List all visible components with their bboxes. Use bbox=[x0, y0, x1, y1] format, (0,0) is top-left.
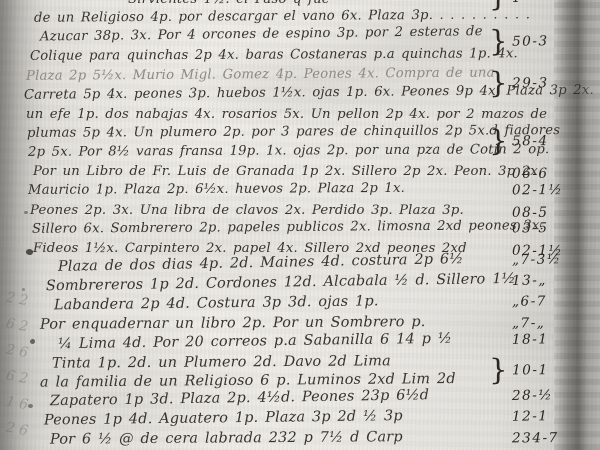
ledger-entry-text: Por 6 ½ @ de cera labrada 232 p 7½ d Car… bbox=[50, 429, 403, 447]
ledger-amount: 234-7 bbox=[512, 430, 559, 446]
ledger-entry-text: Plaza 2p 5½x. Murio Migl. Gomez 4p. Peon… bbox=[26, 65, 495, 83]
ledger-entry-text: Peones 1p 4d. Aguatero 1p. Plaza 3p 2d ½… bbox=[44, 408, 403, 428]
ledger-entry-text: de un Religioso 4p. por descargar el van… bbox=[34, 7, 530, 25]
ledger-entry-text: Sirvientes 1½. el Paso q fue bbox=[128, 0, 330, 7]
ledger-entry-text: un efe 1p. dos nabajas 4x. rosarios 5x. … bbox=[26, 107, 547, 122]
ledger-line: 2p 5x. Por 8½ varas fransa 19p. 1x. ojas… bbox=[0, 142, 600, 164]
ledger-entry-text: Labandera 2p 4d. Costura 3p 3d. ojas 1p. bbox=[54, 294, 379, 314]
ledger-entry-text: Tinta 1p. 2d. un Plumero 2d. Davo 2d Lim… bbox=[52, 353, 391, 371]
ledger-entry-text: Mauricio 1p. Plaza 2p. 6½x. huevos 2p. P… bbox=[28, 181, 405, 198]
ledger-amount: 13-„ bbox=[512, 273, 547, 290]
ledger-amount: „6-7 bbox=[512, 294, 547, 310]
manuscript-page: 2 26 22 66 21 62 6 Sirvientes 1½. el Pas… bbox=[0, 0, 600, 450]
ledger-amount: 1 bbox=[512, 0, 522, 6]
ledger-entry-text: Por un Libro de Fr. Luis de Granada 1p 2… bbox=[33, 164, 542, 179]
ledger-line: Por 6 ½ @ de cera labrada 232 p 7½ d Car… bbox=[0, 428, 600, 450]
ledger-entry-text: Sillero 6x. Sombrerero 2p. papeles publi… bbox=[32, 218, 544, 237]
ledger-amount: 28-½ bbox=[512, 387, 553, 404]
ledger-amount: „7-3½ bbox=[512, 251, 562, 268]
ledger-entry-text: Colique para quinchas 2p 4x. baras Costa… bbox=[30, 47, 518, 65]
ledger-entry-text: 2p 5x. Por 8½ varas fransa 19p. 1x. ojas… bbox=[28, 142, 550, 160]
ledger-entry-text: Por enquadernar un libro 2p. Por un Somb… bbox=[40, 314, 426, 333]
ledger-amount: 03-5 bbox=[512, 220, 549, 236]
ledger-entry-text: plumas 5p 4x. Un plumero 2p. por 3 pares… bbox=[27, 123, 560, 141]
ledger-line: Mauricio 1p. Plaza 2p. 6½x. huevos 2p. P… bbox=[0, 180, 600, 202]
handwritten-text-block: Sirvientes 1½. el Paso q fue } 1 de un R… bbox=[0, 0, 600, 450]
ledger-amount: 02-1½ bbox=[512, 182, 563, 198]
ledger-line: Sillero 6x. Sombrerero 2p. papeles publi… bbox=[0, 217, 600, 240]
ledger-entry-text: Peones 2p. 3x. Una libra de clavos 2x. P… bbox=[30, 203, 464, 218]
ledger-amount: 12-1 bbox=[512, 408, 549, 424]
ledger-amount: 18-1 bbox=[512, 331, 549, 348]
